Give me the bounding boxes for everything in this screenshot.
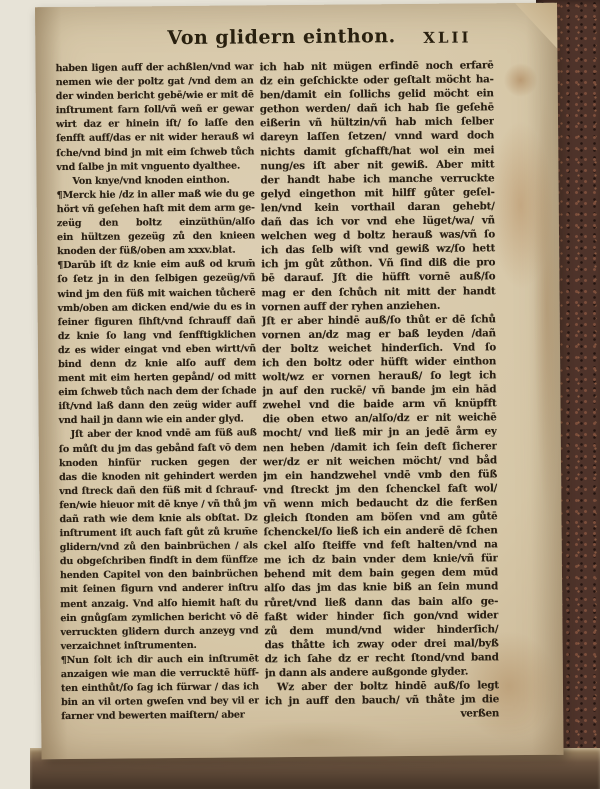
text-line: knoden hinfür rucken gegen der ferßē xyxy=(59,455,257,471)
foxing-stain xyxy=(488,121,553,290)
text-line: dz knie ſo lang vnd ſenfftigklichen biß xyxy=(58,328,256,344)
right-text-column: ich hab nit mügen erfindē noch erfarēdz … xyxy=(259,58,499,722)
book-page: Von glidern einthon. XLII haben ligen au… xyxy=(35,3,564,760)
text-line: alſo das jm das knie biß an ſein mund xyxy=(264,580,498,596)
text-line: ſo ſetz jn in den ſelbigen gezeüg/vñ vm̄ xyxy=(57,272,255,288)
text-line: nen heben /damit ich ſein deſt ſicherer xyxy=(263,439,497,455)
text-line: farner vnd bewerten maiſtern/ aber xyxy=(61,709,259,725)
foxing-stain xyxy=(532,99,562,519)
text-line: das die knoden nit gehindert werden xyxy=(59,469,257,485)
text-line: verruckten glidern durch anzeyg vnd xyxy=(60,624,258,640)
photo-background: Von glidern einthon. XLII haben ligen au… xyxy=(0,0,600,789)
text-line: ſche/vnd bind jn mit eim ſchweb tůch xyxy=(56,145,254,161)
text-line: ſenfft auff/das er nit wider herauß wi xyxy=(56,131,254,147)
text-line: ſo můſt du jm das gebånd faſt vō dem xyxy=(59,441,257,457)
text-line: Jſt aber der knod vndē am füß auß xyxy=(59,427,257,443)
catchword: verßen xyxy=(265,707,499,723)
text-line: dareyn laſſen ſetzen/ vnnd ward doch xyxy=(260,129,494,145)
text-line: mocht/ vnd ließ mir jn an jedē årm ey xyxy=(263,425,497,441)
text-line: ſeiner figuren ſihſt/vnd ſchrauff dañ xyxy=(58,314,256,330)
text-line: růret/vnd ließ dann das bain alſo ge- xyxy=(264,594,498,610)
text-line: mag er den ſchůch nit mitt der handt xyxy=(261,284,495,300)
section-heading: Von knye/vnd knoden einthon. xyxy=(56,173,254,189)
text-line: nichts damit gſchafft/hat wol ein mei xyxy=(260,143,494,159)
left-text-column: haben ligen auff der achßlen/vnd warneme… xyxy=(55,60,259,724)
foxing-stain xyxy=(504,63,538,97)
folio-number: XLII xyxy=(423,28,471,46)
page-corner-fold xyxy=(515,3,557,49)
text-line: wind jm den füß mit waichen tůcherē xyxy=(57,286,255,302)
text-line: bē darauf. Jſt die hüfft vornē auß/ſo xyxy=(261,270,495,286)
foxing-stain xyxy=(221,720,401,762)
text-line: vnd ſalbe jn mit vnguento dyalthee. xyxy=(56,159,254,175)
text-line: mit ſeinen figurn vnd anderer inſtru xyxy=(60,582,258,598)
running-title: Von glidern einthon. xyxy=(167,25,396,49)
text-line: ment anzaig. Vnd alſo hiemit haſt du xyxy=(60,596,258,612)
text-line: ein gnůgſam zymlichen bericht vō dē xyxy=(60,610,258,626)
text-line: vmb/oben am dicken end/wie du es in xyxy=(58,300,256,316)
